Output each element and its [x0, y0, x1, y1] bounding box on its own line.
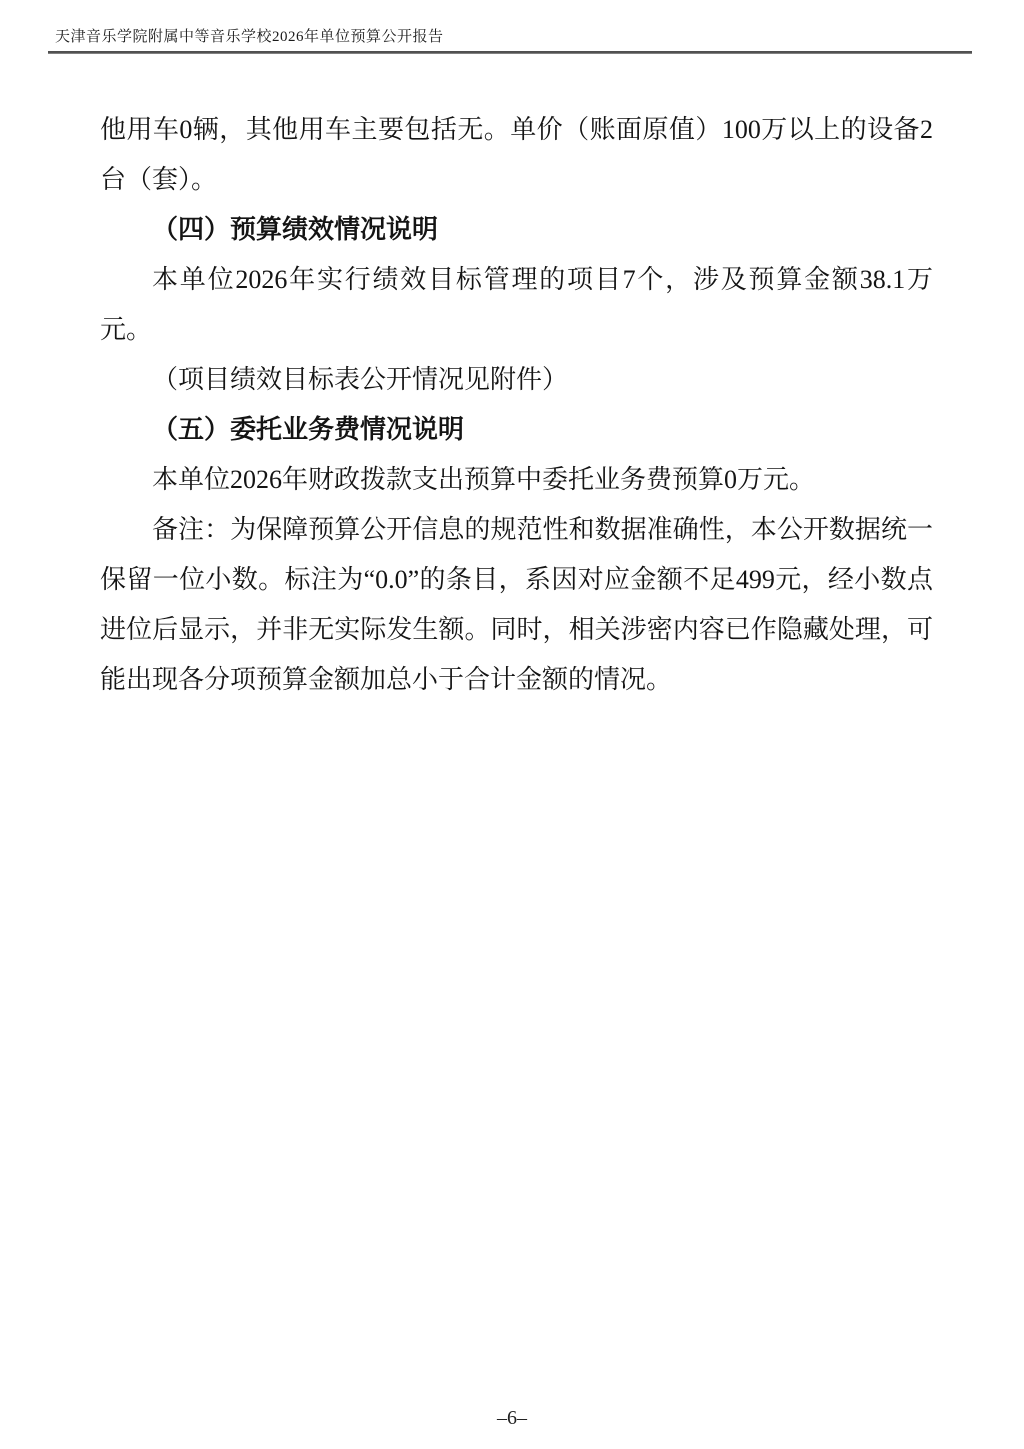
page-footer: –6– — [0, 1406, 1024, 1430]
header-rule-divider — [48, 51, 972, 54]
page-number: –6– — [497, 1406, 527, 1430]
paragraph-vehicles-equipment: 他用车0辆，其他用车主要包括无。单价（账面原值）100万以上的设备2台（套）。 — [100, 105, 933, 205]
document-page: 天津音乐学院附属中等音乐学校2026年单位预算公开报告 他用车0辆，其他用车主要… — [0, 0, 1024, 1449]
heading-section-4-performance: （四）预算绩效情况说明 — [100, 205, 933, 255]
document-body: 他用车0辆，其他用车主要包括无。单价（账面原值）100万以上的设备2台（套）。 … — [100, 105, 933, 705]
paragraph-entrusted-fees: 本单位2026年财政拨款支出预算中委托业务费预算0万元。 — [100, 455, 933, 505]
header-title: 天津音乐学院附属中等音乐学校2026年单位预算公开报告 — [55, 27, 444, 47]
heading-section-5-entrusted-fees: （五）委托业务费情况说明 — [100, 405, 933, 455]
paragraph-remarks: 备注：为保障预算公开信息的规范性和数据准确性，本公开数据统一保留一位小数。标注为… — [100, 505, 933, 705]
paragraph-performance-targets: 本单位2026年实行绩效目标管理的项目7个，涉及预算金额38.1万元。 — [100, 255, 933, 355]
paragraph-attachment-note: （项目绩效目标表公开情况见附件） — [100, 355, 933, 405]
